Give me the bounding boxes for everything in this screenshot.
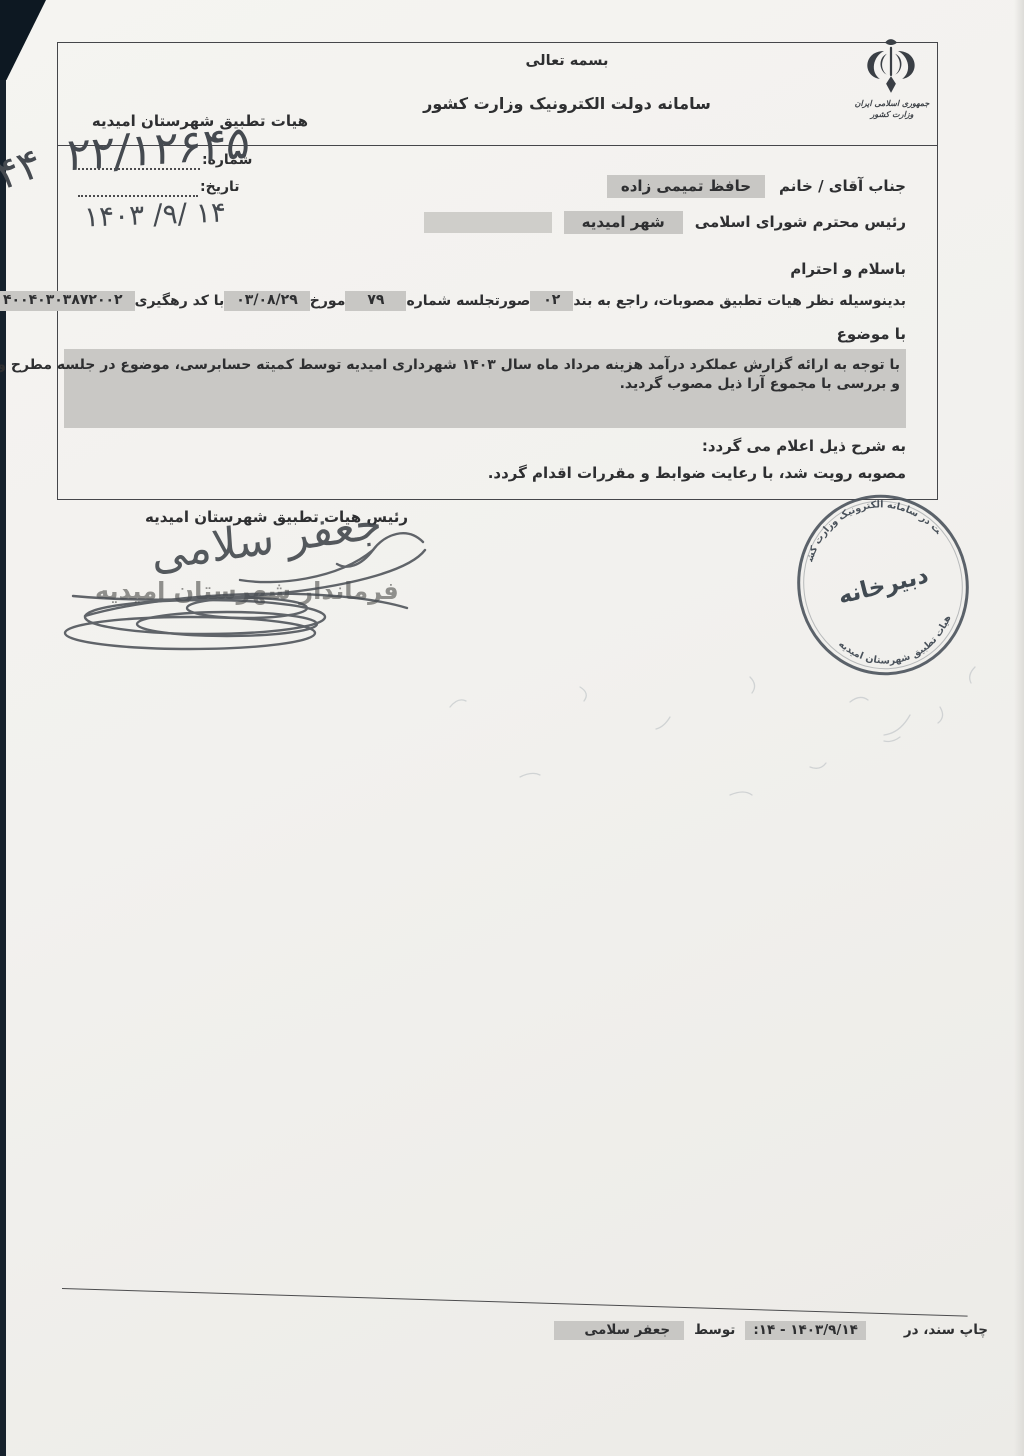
band-number-field: ۰۲ [530, 291, 573, 311]
handwritten-margin-number: ۴۴ [0, 138, 48, 199]
scan-corner-artifact [0, 0, 46, 80]
stamp-center-text: دبیرخانه [835, 562, 931, 610]
emblem-caption-line2: وزارت کشور [836, 110, 948, 119]
minutes-label: صورتجلسه شماره [406, 293, 530, 309]
recipient-row-1: جناب آقای / خانم حافظ تمیمی زاده [607, 175, 906, 198]
dated-label: مورخ [310, 293, 346, 309]
subject-paragraph-field: با توجه به ارائه گزارش عملکرد درآمد هزین… [64, 349, 906, 428]
print-label: چاپ سند، در [904, 1322, 988, 1338]
printed-by-field: جعفر سلامی [554, 1321, 684, 1340]
minutes-date-field: ۰۳/۰۸/۲۹ [224, 291, 310, 311]
scan-bleed-marks [430, 645, 1010, 845]
system-title: سامانه دولت الکترونیک وزارت کشور [397, 94, 737, 113]
print-datetime-field: ۱۴۰۳/۹/۱۴ - ۱۴: [745, 1321, 865, 1340]
emblem-caption-line1: جمهوری اسلامی ایران [836, 99, 948, 108]
announce-line: به شرح ذیل اعلام می گردد: [702, 437, 906, 455]
recipient-city-field: شهر امیدیه [564, 211, 683, 234]
minutes-number-field: ۷۹ [345, 291, 406, 311]
subject-label: با موضوع [837, 325, 906, 343]
subject-line-1: با توجه به ارائه گزارش عملکرد درآمد هزین… [64, 349, 906, 375]
handwritten-date: ۱۴۰۳ /۹/ ۱۴ [83, 196, 226, 234]
date-label: تاریخ: [200, 179, 240, 195]
print-by-label: توسط [694, 1322, 735, 1338]
bismillah-text: بسمه تعالی [447, 53, 687, 69]
scan-right-shade [1014, 0, 1024, 1456]
salutation-label: جناب آقای / خانم [779, 177, 906, 195]
signature-scribble [55, 520, 475, 670]
subject-line-2: و بررسی با مجموع آرا ذیل مصوب گردید. [64, 375, 906, 394]
print-footer: چاپ سند، در ۱۴۰۳/۹/۱۴ - ۱۴: توسط جعفر سل… [554, 1321, 988, 1340]
tracking-code-field: ۴۰۰۴۰۳۰۳۸۷۲۰۰۲ [0, 291, 135, 311]
greeting-line: باسلام و احترام [790, 260, 906, 278]
intro-text: بدینوسیله نظر هیات تطبیق مصوبات، راجع به… [573, 293, 906, 309]
date-dotted-line [78, 183, 198, 197]
decision-line: مصوبه رویت شد، با رعایت ضوابط و مقررات ا… [488, 464, 906, 482]
recipient-row-2: رئیس محترم شورای اسلامی شهر امیدیه [424, 211, 906, 234]
recipient-name-field: حافظ تمیمی زاده [607, 175, 765, 198]
scanned-letter-page: بسمه تعالی سامانه دولت الکترونیک وزارت ک… [0, 0, 1024, 1456]
recipient-title-label: رئیس محترم شورای اسلامی [695, 213, 906, 231]
footer-separator-line [62, 1288, 968, 1317]
iran-emblem-icon [849, 37, 933, 97]
tracking-label: با کد رهگیری [135, 293, 225, 309]
scan-left-edge [0, 0, 6, 1456]
reference-line: بدینوسیله نظر هیات تطبیق مصوبات، راجع به… [64, 291, 906, 311]
empty-highlight-field [424, 212, 552, 233]
